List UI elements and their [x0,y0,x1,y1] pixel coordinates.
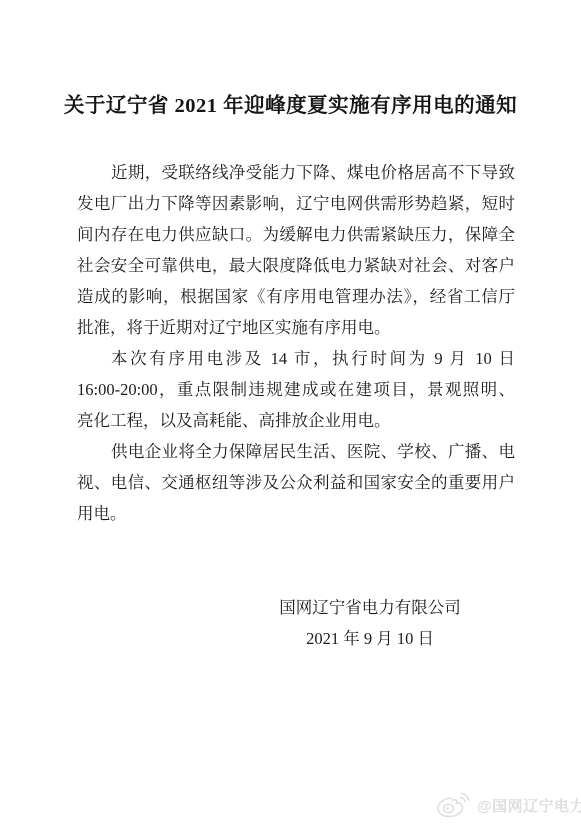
paragraph-1-line-3: 间内存在电力供应缺口。为缓解电力供需紧缺压力，保障全 [77,219,515,250]
paragraph-1-line-2: 发电厂出力下降等因素影响，辽宁电网供需形势趋紧，短时 [77,188,515,219]
signature-date: 2021 年 9 月 10 日 [240,623,500,654]
signature-block: 国网辽宁省电力有限公司 2021 年 9 月 10 日 [240,592,500,654]
paragraph-3-line-2: 视、电信、交通枢纽等涉及公众利益和国家安全的重要用户 [77,467,515,498]
paragraph-2-line-2: 16:00-20:00，重点限制违规建成或在建项目，景观照明、 [77,374,515,405]
paragraph-1-line-5: 造成的影响，根据国家《有序用电管理办法》，经省工信厅 [77,281,515,312]
watermark-handle: @国网辽宁电力 [477,795,581,816]
paragraph-1-line-6: 批准，将于近期对辽宁地区实施有序用电。 [77,312,515,343]
document-body: 近期，受联络线净受能力下降、煤电价格居高不下导致 发电厂出力下降等因素影响，辽宁… [77,157,515,529]
document-page: 关于辽宁省 2021 年迎峰度夏实施有序用电的通知 近期，受联络线净受能力下降、… [0,0,581,825]
weibo-icon [436,791,470,819]
watermark: @国网辽宁电力 [436,791,581,819]
paragraph-3-line-3: 用电。 [77,498,515,529]
paragraph-3-line-1: 供电企业将全力保障居民生活、医院、学校、广播、电 [77,436,515,467]
paragraph-2-line-1: 本次有序用电涉及 14 市，执行时间为 9 月 10 日 [77,343,515,374]
paragraph-1-line-4: 社会安全可靠供电，最大限度降低电力紧缺对社会、对客户 [77,250,515,281]
paragraph-1-line-1: 近期，受联络线净受能力下降、煤电价格居高不下导致 [77,157,515,188]
paragraph-2-line-3: 亮化工程，以及高耗能、高排放企业用电。 [77,405,515,436]
document-title: 关于辽宁省 2021 年迎峰度夏实施有序用电的通知 [0,88,581,118]
signature-company: 国网辽宁省电力有限公司 [240,592,500,623]
